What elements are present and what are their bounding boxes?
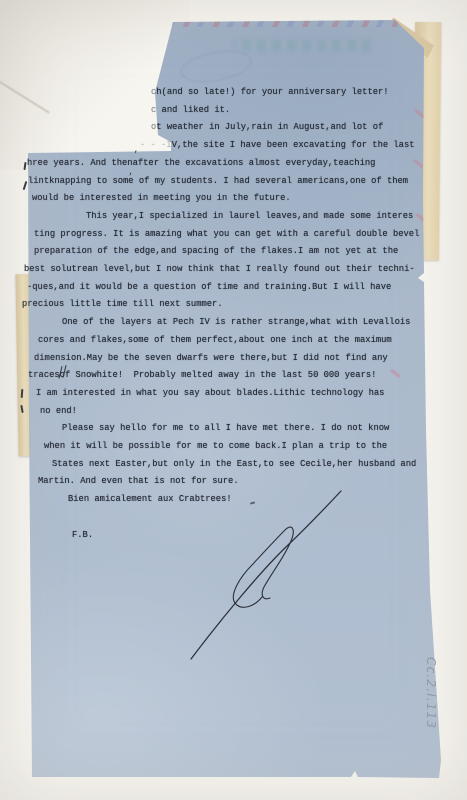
letter-line-text: dimension.May be the seven dwarfs were t…: [34, 353, 388, 363]
insertion-caret-mark: ’: [133, 151, 138, 160]
letter-line-text: Bien amicalement aux Crabtrees!: [68, 494, 232, 504]
letter-body-text: ch(and so late!) for your anniversary le…: [0, 0, 467, 800]
letter-line-text: This year,I specialized in laurel leaves…: [86, 211, 413, 221]
letter-line-text: would be interested in meeting you in th…: [32, 193, 291, 203]
letter-line-text: hree years. And thenafter the excavation…: [27, 158, 375, 168]
letter-line: precious little time till next summer.: [22, 299, 223, 310]
letter-line: no end!: [40, 406, 77, 417]
letter-line: Martin. And even that is not for sure.: [38, 476, 239, 487]
insertion-caret-mark: ‚: [128, 168, 133, 177]
letter-line-text: States next Easter,but only in the East,…: [52, 459, 416, 469]
letter-line-text: h(and so late!) for your anniversary let…: [156, 87, 388, 97]
letter-line-text: ting progress. It is amazing what you ca…: [34, 229, 419, 239]
letter-line-text: when it will be possible for me to come …: [44, 441, 387, 451]
letter-line-text: and liked it.: [156, 105, 230, 115]
letter-line-text: One of the layers at Pech IV is rather s…: [62, 317, 410, 327]
letter-line-text: best solutrean level,but I now think tha…: [24, 264, 415, 274]
letter-line-text: I am interested in what you say about bl…: [36, 388, 384, 398]
letter-line-text: tracesof Snowhite! Probably melted away …: [28, 370, 376, 380]
letter-line: States next Easter,but only in the East,…: [52, 459, 416, 470]
letter-line-text: F.B.: [72, 530, 93, 540]
letter-line-text: cores and flakes,some of them perfect,ab…: [38, 335, 392, 345]
letter-line: lintknapping to some of my students. I h…: [28, 176, 408, 187]
letter-line: -ques,and it would be a question of time…: [27, 282, 391, 293]
letter-line-text: t weather in July,rain in August,and lot…: [156, 122, 383, 132]
cut-off-text-fragment: o: [151, 122, 156, 132]
letter-line: Bien amicalement aux Crabtrees!: [68, 494, 232, 505]
cut-off-text-fragment: c: [151, 87, 156, 97]
letter-line-text: Martin. And even that is not for sure.: [38, 476, 239, 486]
letter-line: F.B.: [72, 530, 93, 541]
cut-off-text-fragment: c: [151, 105, 156, 115]
letter-line: - - -IV,the site I have been excavating …: [140, 140, 415, 151]
letter-line: ot weather in July,rain in August,and lo…: [151, 122, 383, 133]
letter-line: I am interested in what you say about bl…: [36, 388, 384, 399]
letter-line-text: preparation of the edge,and spacing of t…: [34, 246, 398, 256]
letter-line: ting progress. It is amazing what you ca…: [34, 229, 419, 240]
letter-line: This year,I specialized in laurel leaves…: [86, 211, 413, 222]
letter-line-text: lintknapping to some of my students. I h…: [28, 176, 408, 186]
letter-line-text: V,the site I have been excavating for th…: [172, 140, 415, 150]
letter-line: One of the layers at Pech IV is rather s…: [62, 317, 410, 328]
letter-line: tracesof Snowhite! Probably melted away …: [28, 370, 376, 381]
cut-off-text-fragment: - - -I: [140, 140, 172, 150]
letter-line: hree years. And thenafter the excavation…: [27, 158, 375, 169]
letter-line: cores and flakes,some of them perfect,ab…: [38, 335, 392, 346]
letter-line: c and liked it.: [151, 105, 230, 116]
letter-line: ch(and so late!) for your anniversary le…: [151, 87, 389, 98]
letter-line: best solutrean level,but I now think tha…: [24, 264, 415, 275]
letter-line-text: precious little time till next summer.: [22, 299, 223, 309]
letter-line-text: no end!: [40, 406, 77, 416]
letter-line-text: -ques,and it would be a question of time…: [27, 282, 391, 292]
letter-line: Please say hello for me to all I have me…: [62, 423, 389, 434]
letter-line: dimension.May be the seven dwarfs were t…: [34, 353, 388, 364]
archival-reference-annotation: Cc.2.l.113: [424, 657, 438, 729]
letter-line-text: Please say hello for me to all I have me…: [62, 423, 389, 433]
letter-line: would be interested in meeting you in th…: [32, 193, 291, 204]
letter-line: preparation of the edge,and spacing of t…: [34, 246, 398, 257]
letter-line: when it will be possible for me to come …: [44, 441, 387, 452]
scan-background: ch(and so late!) for your anniversary le…: [0, 0, 467, 800]
